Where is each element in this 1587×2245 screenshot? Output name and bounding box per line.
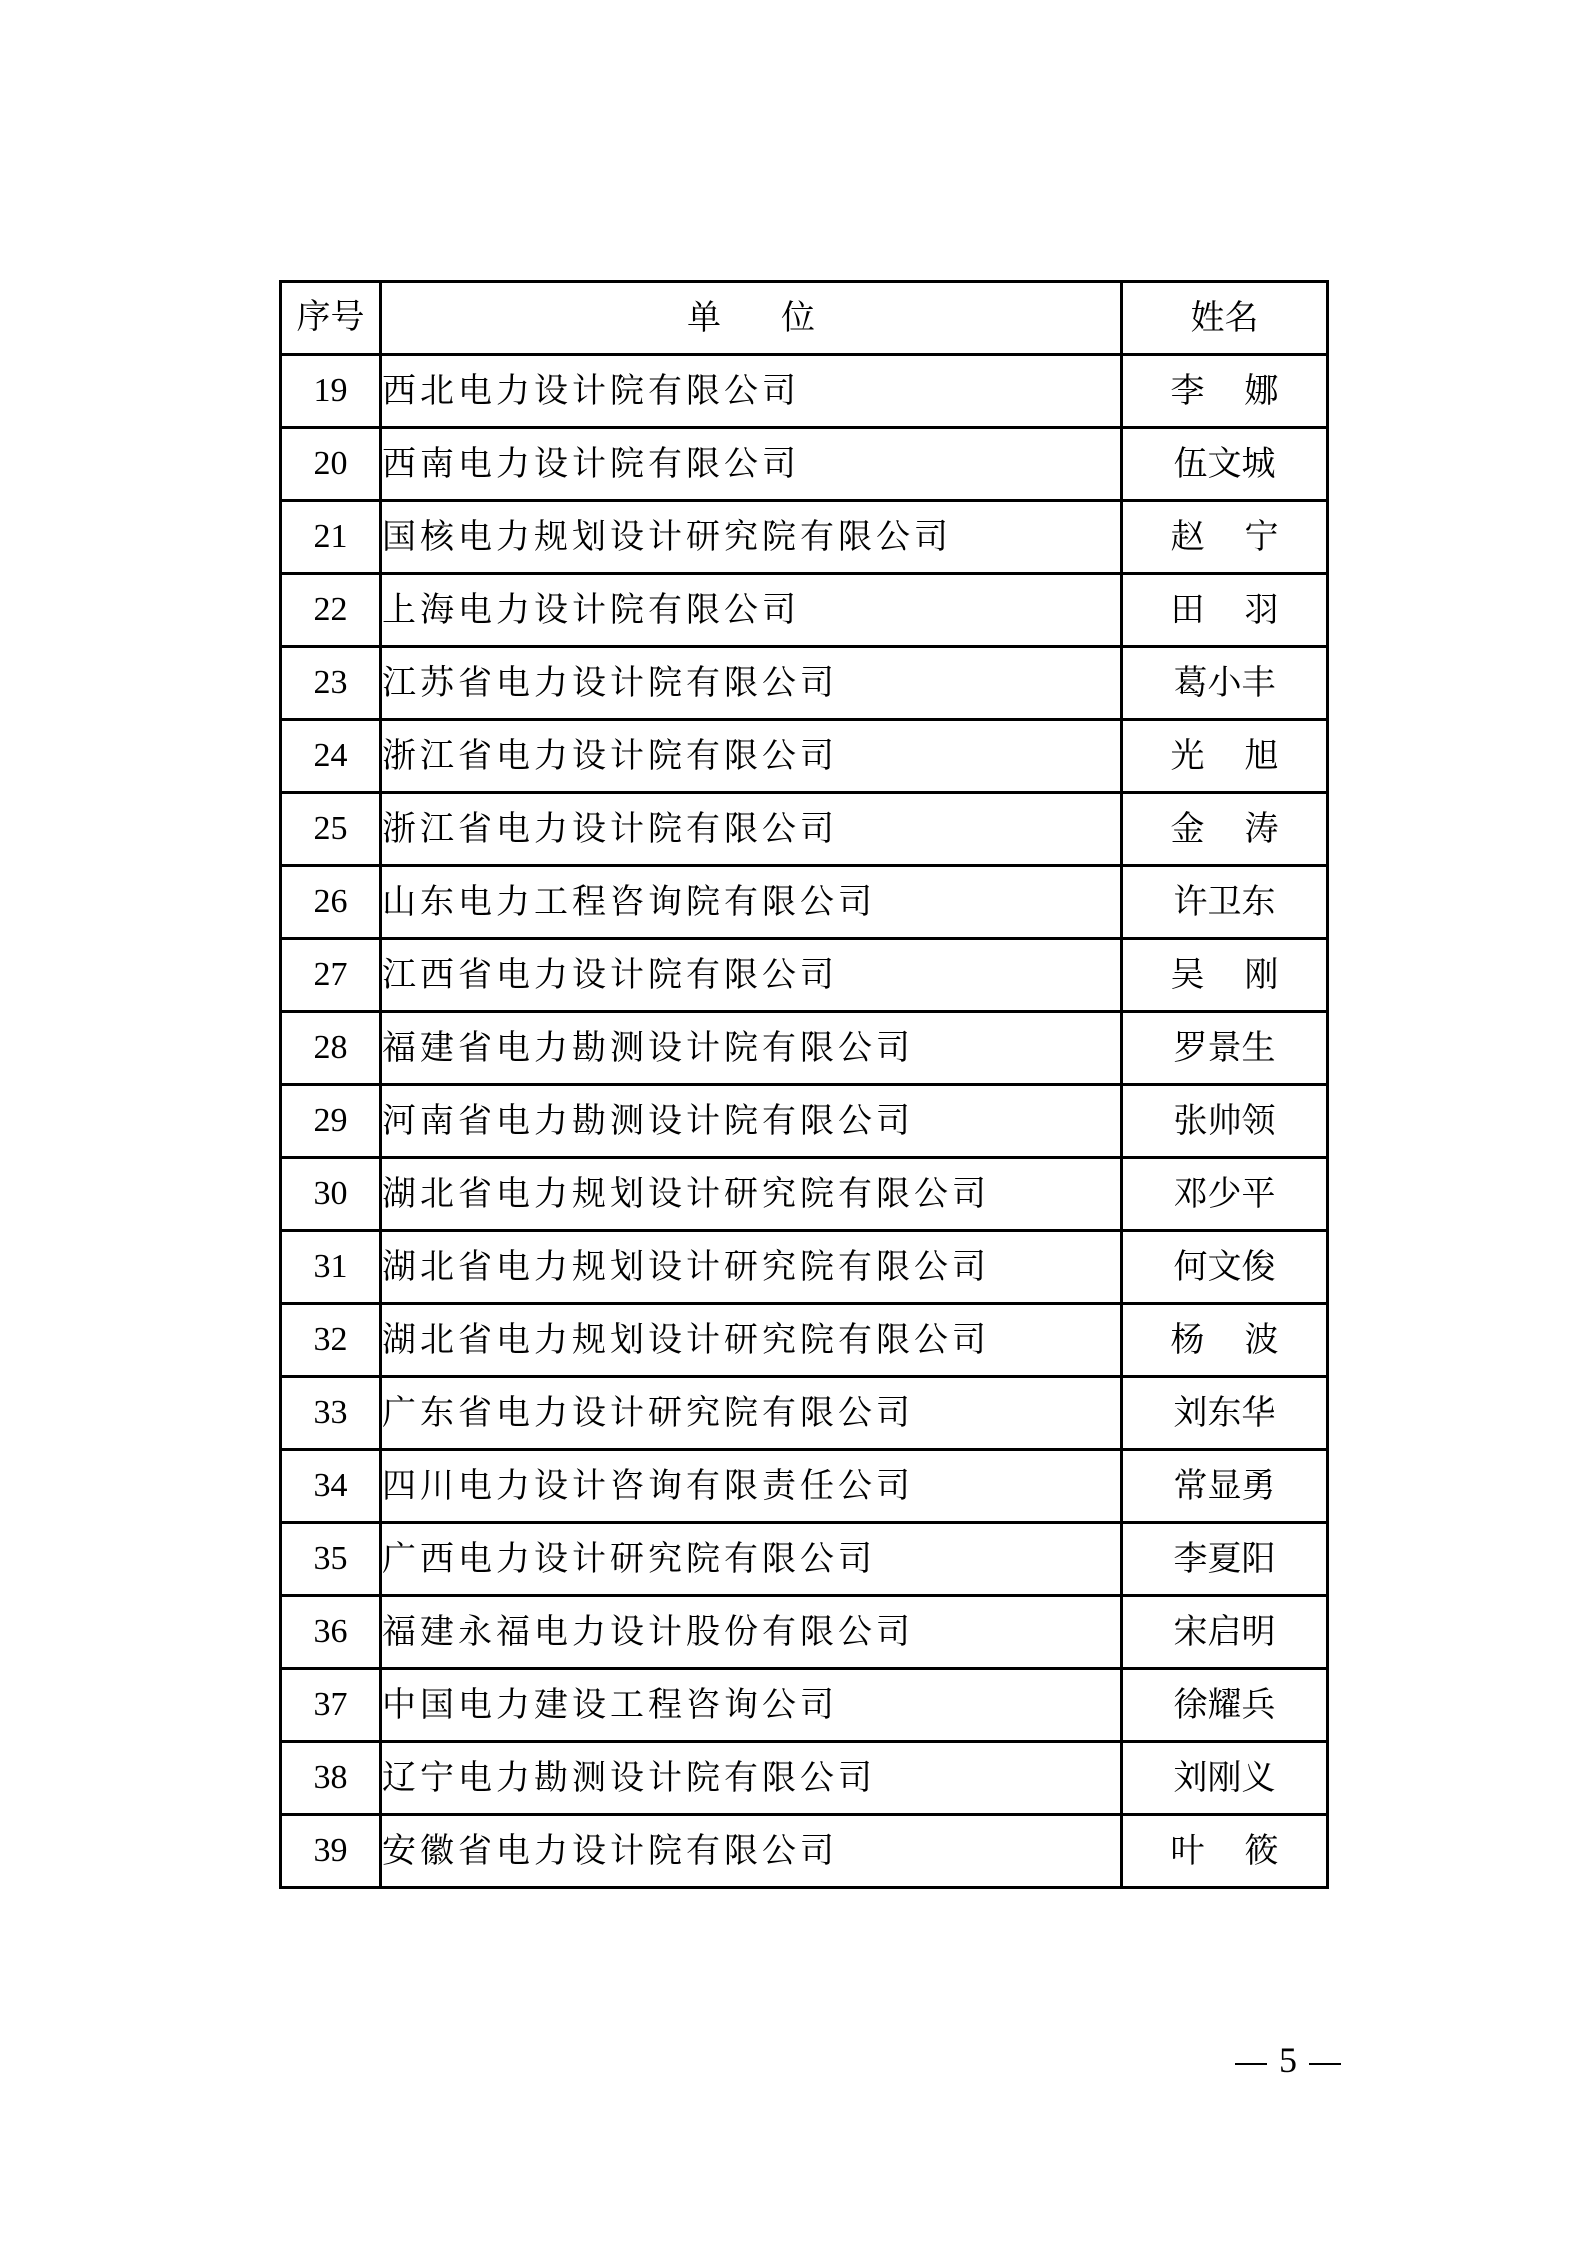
row-person-name: 葛小丰	[1122, 647, 1328, 720]
row-unit: 江西省电力设计院有限公司	[381, 939, 1122, 1012]
row-number: 39	[281, 1815, 381, 1888]
row-number: 24	[281, 720, 381, 793]
person-given-name: 羽	[1245, 590, 1279, 630]
dash-right	[1309, 2063, 1341, 2065]
row-person-name: 徐耀兵	[1122, 1669, 1328, 1742]
person-surname: 叶	[1171, 1831, 1205, 1871]
person-surname: 杨	[1171, 1320, 1205, 1360]
row-person-name: 田羽	[1122, 574, 1328, 647]
person-surname: 光	[1171, 736, 1205, 776]
row-unit: 国核电力规划设计研究院有限公司	[381, 501, 1122, 574]
person-name: 常显勇	[1174, 1466, 1276, 1506]
row-unit: 河南省电力勘测设计院有限公司	[381, 1085, 1122, 1158]
person-given-name: 涛	[1245, 809, 1279, 849]
header-unit-char-1: 单	[687, 298, 721, 338]
table-row: 33广东省电力设计研究院有限公司刘东华	[281, 1377, 1328, 1450]
row-number: 23	[281, 647, 381, 720]
row-person-name: 光旭	[1122, 720, 1328, 793]
row-number: 33	[281, 1377, 381, 1450]
person-name: 李夏阳	[1174, 1539, 1276, 1579]
row-unit: 浙江省电力设计院有限公司	[381, 720, 1122, 793]
person-surname: 金	[1171, 809, 1205, 849]
row-number: 32	[281, 1304, 381, 1377]
row-number: 26	[281, 866, 381, 939]
row-person-name: 伍文城	[1122, 428, 1328, 501]
row-number: 21	[281, 501, 381, 574]
row-person-name: 金涛	[1122, 793, 1328, 866]
row-unit: 福建永福电力设计股份有限公司	[381, 1596, 1122, 1669]
row-number: 35	[281, 1523, 381, 1596]
table-row: 22上海电力设计院有限公司田羽	[281, 574, 1328, 647]
row-number: 29	[281, 1085, 381, 1158]
table-row: 24浙江省电力设计院有限公司光旭	[281, 720, 1328, 793]
person-name: 伍文城	[1174, 444, 1276, 484]
table-row: 25浙江省电力设计院有限公司金涛	[281, 793, 1328, 866]
row-number: 19	[281, 355, 381, 428]
person-surname: 李	[1171, 371, 1205, 411]
person-name: 邓少平	[1174, 1174, 1276, 1214]
row-unit: 四川电力设计咨询有限责任公司	[381, 1450, 1122, 1523]
table-row: 32湖北省电力规划设计研究院有限公司杨波	[281, 1304, 1328, 1377]
row-person-name: 李娜	[1122, 355, 1328, 428]
person-name: 罗景生	[1174, 1028, 1276, 1068]
row-person-name: 许卫东	[1122, 866, 1328, 939]
person-given-name: 旭	[1245, 736, 1279, 776]
row-unit: 浙江省电力设计院有限公司	[381, 793, 1122, 866]
document-page: 序号 单位 姓名 19西北电力设计院有限公司李娜20西南电力设计院有限公司伍文城…	[0, 0, 1587, 2245]
person-given-name: 筱	[1245, 1831, 1279, 1871]
header-name: 姓名	[1122, 282, 1328, 355]
row-number: 22	[281, 574, 381, 647]
person-name: 张帅领	[1174, 1101, 1276, 1141]
person-name: 刘刚义	[1174, 1758, 1276, 1798]
dash-left	[1235, 2063, 1267, 2065]
table-row: 39安徽省电力设计院有限公司叶筱	[281, 1815, 1328, 1888]
row-person-name: 张帅领	[1122, 1085, 1328, 1158]
person-given-name: 娜	[1245, 371, 1279, 411]
table-header-row: 序号 单位 姓名	[281, 282, 1328, 355]
table-row: 19西北电力设计院有限公司李娜	[281, 355, 1328, 428]
row-person-name: 吴刚	[1122, 939, 1328, 1012]
row-number: 34	[281, 1450, 381, 1523]
row-person-name: 刘东华	[1122, 1377, 1328, 1450]
person-surname: 赵	[1171, 517, 1205, 557]
row-number: 20	[281, 428, 381, 501]
row-person-name: 常显勇	[1122, 1450, 1328, 1523]
row-number: 27	[281, 939, 381, 1012]
row-unit: 中国电力建设工程咨询公司	[381, 1669, 1122, 1742]
row-person-name: 宋启明	[1122, 1596, 1328, 1669]
row-person-name: 叶筱	[1122, 1815, 1328, 1888]
row-person-name: 杨波	[1122, 1304, 1328, 1377]
person-given-name: 波	[1245, 1320, 1279, 1360]
row-unit: 湖北省电力规划设计研究院有限公司	[381, 1231, 1122, 1304]
row-person-name: 赵宁	[1122, 501, 1328, 574]
person-name: 宋启明	[1174, 1612, 1276, 1652]
row-unit: 西北电力设计院有限公司	[381, 355, 1122, 428]
header-unit: 单位	[381, 282, 1122, 355]
table-row: 37中国电力建设工程咨询公司徐耀兵	[281, 1669, 1328, 1742]
row-number: 36	[281, 1596, 381, 1669]
person-surname: 田	[1171, 590, 1205, 630]
table-row: 38辽宁电力勘测设计院有限公司刘刚义	[281, 1742, 1328, 1815]
table-row: 31湖北省电力规划设计研究院有限公司何文俊	[281, 1231, 1328, 1304]
row-number: 25	[281, 793, 381, 866]
table-row: 20西南电力设计院有限公司伍文城	[281, 428, 1328, 501]
person-given-name: 刚	[1245, 955, 1279, 995]
header-unit-char-2: 位	[781, 298, 815, 338]
roster-table: 序号 单位 姓名 19西北电力设计院有限公司李娜20西南电力设计院有限公司伍文城…	[279, 280, 1329, 1889]
page-footer: 5	[1218, 2040, 1358, 2080]
person-name: 许卫东	[1174, 882, 1276, 922]
row-unit: 湖北省电力规划设计研究院有限公司	[381, 1158, 1122, 1231]
person-name: 刘东华	[1174, 1393, 1276, 1433]
row-unit: 江苏省电力设计院有限公司	[381, 647, 1122, 720]
table-body: 19西北电力设计院有限公司李娜20西南电力设计院有限公司伍文城21国核电力规划设…	[281, 355, 1328, 1888]
table-row: 30湖北省电力规划设计研究院有限公司邓少平	[281, 1158, 1328, 1231]
row-number: 37	[281, 1669, 381, 1742]
table-row: 27江西省电力设计院有限公司吴刚	[281, 939, 1328, 1012]
table-row: 28福建省电力勘测设计院有限公司罗景生	[281, 1012, 1328, 1085]
row-person-name: 刘刚义	[1122, 1742, 1328, 1815]
row-unit: 山东电力工程咨询院有限公司	[381, 866, 1122, 939]
person-name: 葛小丰	[1174, 663, 1276, 703]
row-number: 30	[281, 1158, 381, 1231]
table-row: 34四川电力设计咨询有限责任公司常显勇	[281, 1450, 1328, 1523]
row-unit: 福建省电力勘测设计院有限公司	[381, 1012, 1122, 1085]
person-surname: 吴	[1171, 955, 1205, 995]
row-number: 28	[281, 1012, 381, 1085]
row-unit: 广东省电力设计研究院有限公司	[381, 1377, 1122, 1450]
row-unit: 广西电力设计研究院有限公司	[381, 1523, 1122, 1596]
row-person-name: 罗景生	[1122, 1012, 1328, 1085]
row-person-name: 邓少平	[1122, 1158, 1328, 1231]
row-unit: 上海电力设计院有限公司	[381, 574, 1122, 647]
row-unit: 湖北省电力规划设计研究院有限公司	[381, 1304, 1122, 1377]
row-person-name: 李夏阳	[1122, 1523, 1328, 1596]
person-name: 何文俊	[1174, 1247, 1276, 1287]
person-name: 徐耀兵	[1174, 1685, 1276, 1725]
table-row: 21国核电力规划设计研究院有限公司赵宁	[281, 501, 1328, 574]
person-given-name: 宁	[1245, 517, 1279, 557]
row-unit: 辽宁电力勘测设计院有限公司	[381, 1742, 1122, 1815]
row-person-name: 何文俊	[1122, 1231, 1328, 1304]
table-row: 26山东电力工程咨询院有限公司许卫东	[281, 866, 1328, 939]
header-number: 序号	[281, 282, 381, 355]
table-row: 36福建永福电力设计股份有限公司宋启明	[281, 1596, 1328, 1669]
table-row: 23江苏省电力设计院有限公司葛小丰	[281, 647, 1328, 720]
row-number: 31	[281, 1231, 381, 1304]
table-row: 29河南省电力勘测设计院有限公司张帅领	[281, 1085, 1328, 1158]
page-number: 5	[1279, 2040, 1297, 2080]
row-unit: 安徽省电力设计院有限公司	[381, 1815, 1122, 1888]
row-unit: 西南电力设计院有限公司	[381, 428, 1122, 501]
table-row: 35广西电力设计研究院有限公司李夏阳	[281, 1523, 1328, 1596]
row-number: 38	[281, 1742, 381, 1815]
